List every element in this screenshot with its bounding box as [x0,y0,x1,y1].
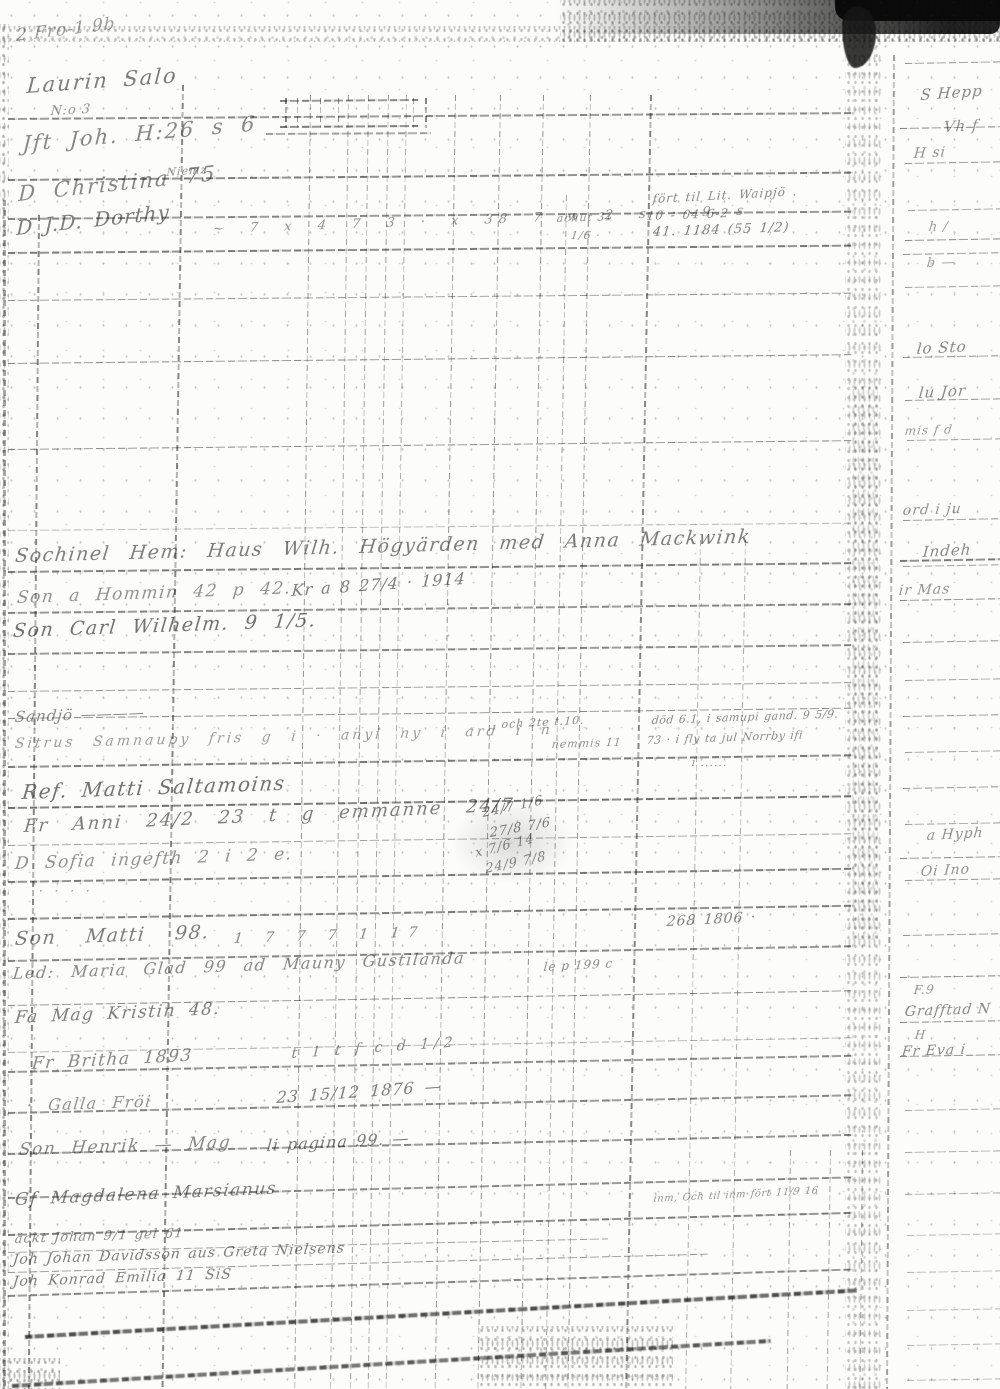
paper-noise-overlay [0,0,1000,1389]
scanned-register-page: 2 Fro-1 9bLaurin SaloN:o 3Jft Joh. H:26 … [0,0,1000,1389]
